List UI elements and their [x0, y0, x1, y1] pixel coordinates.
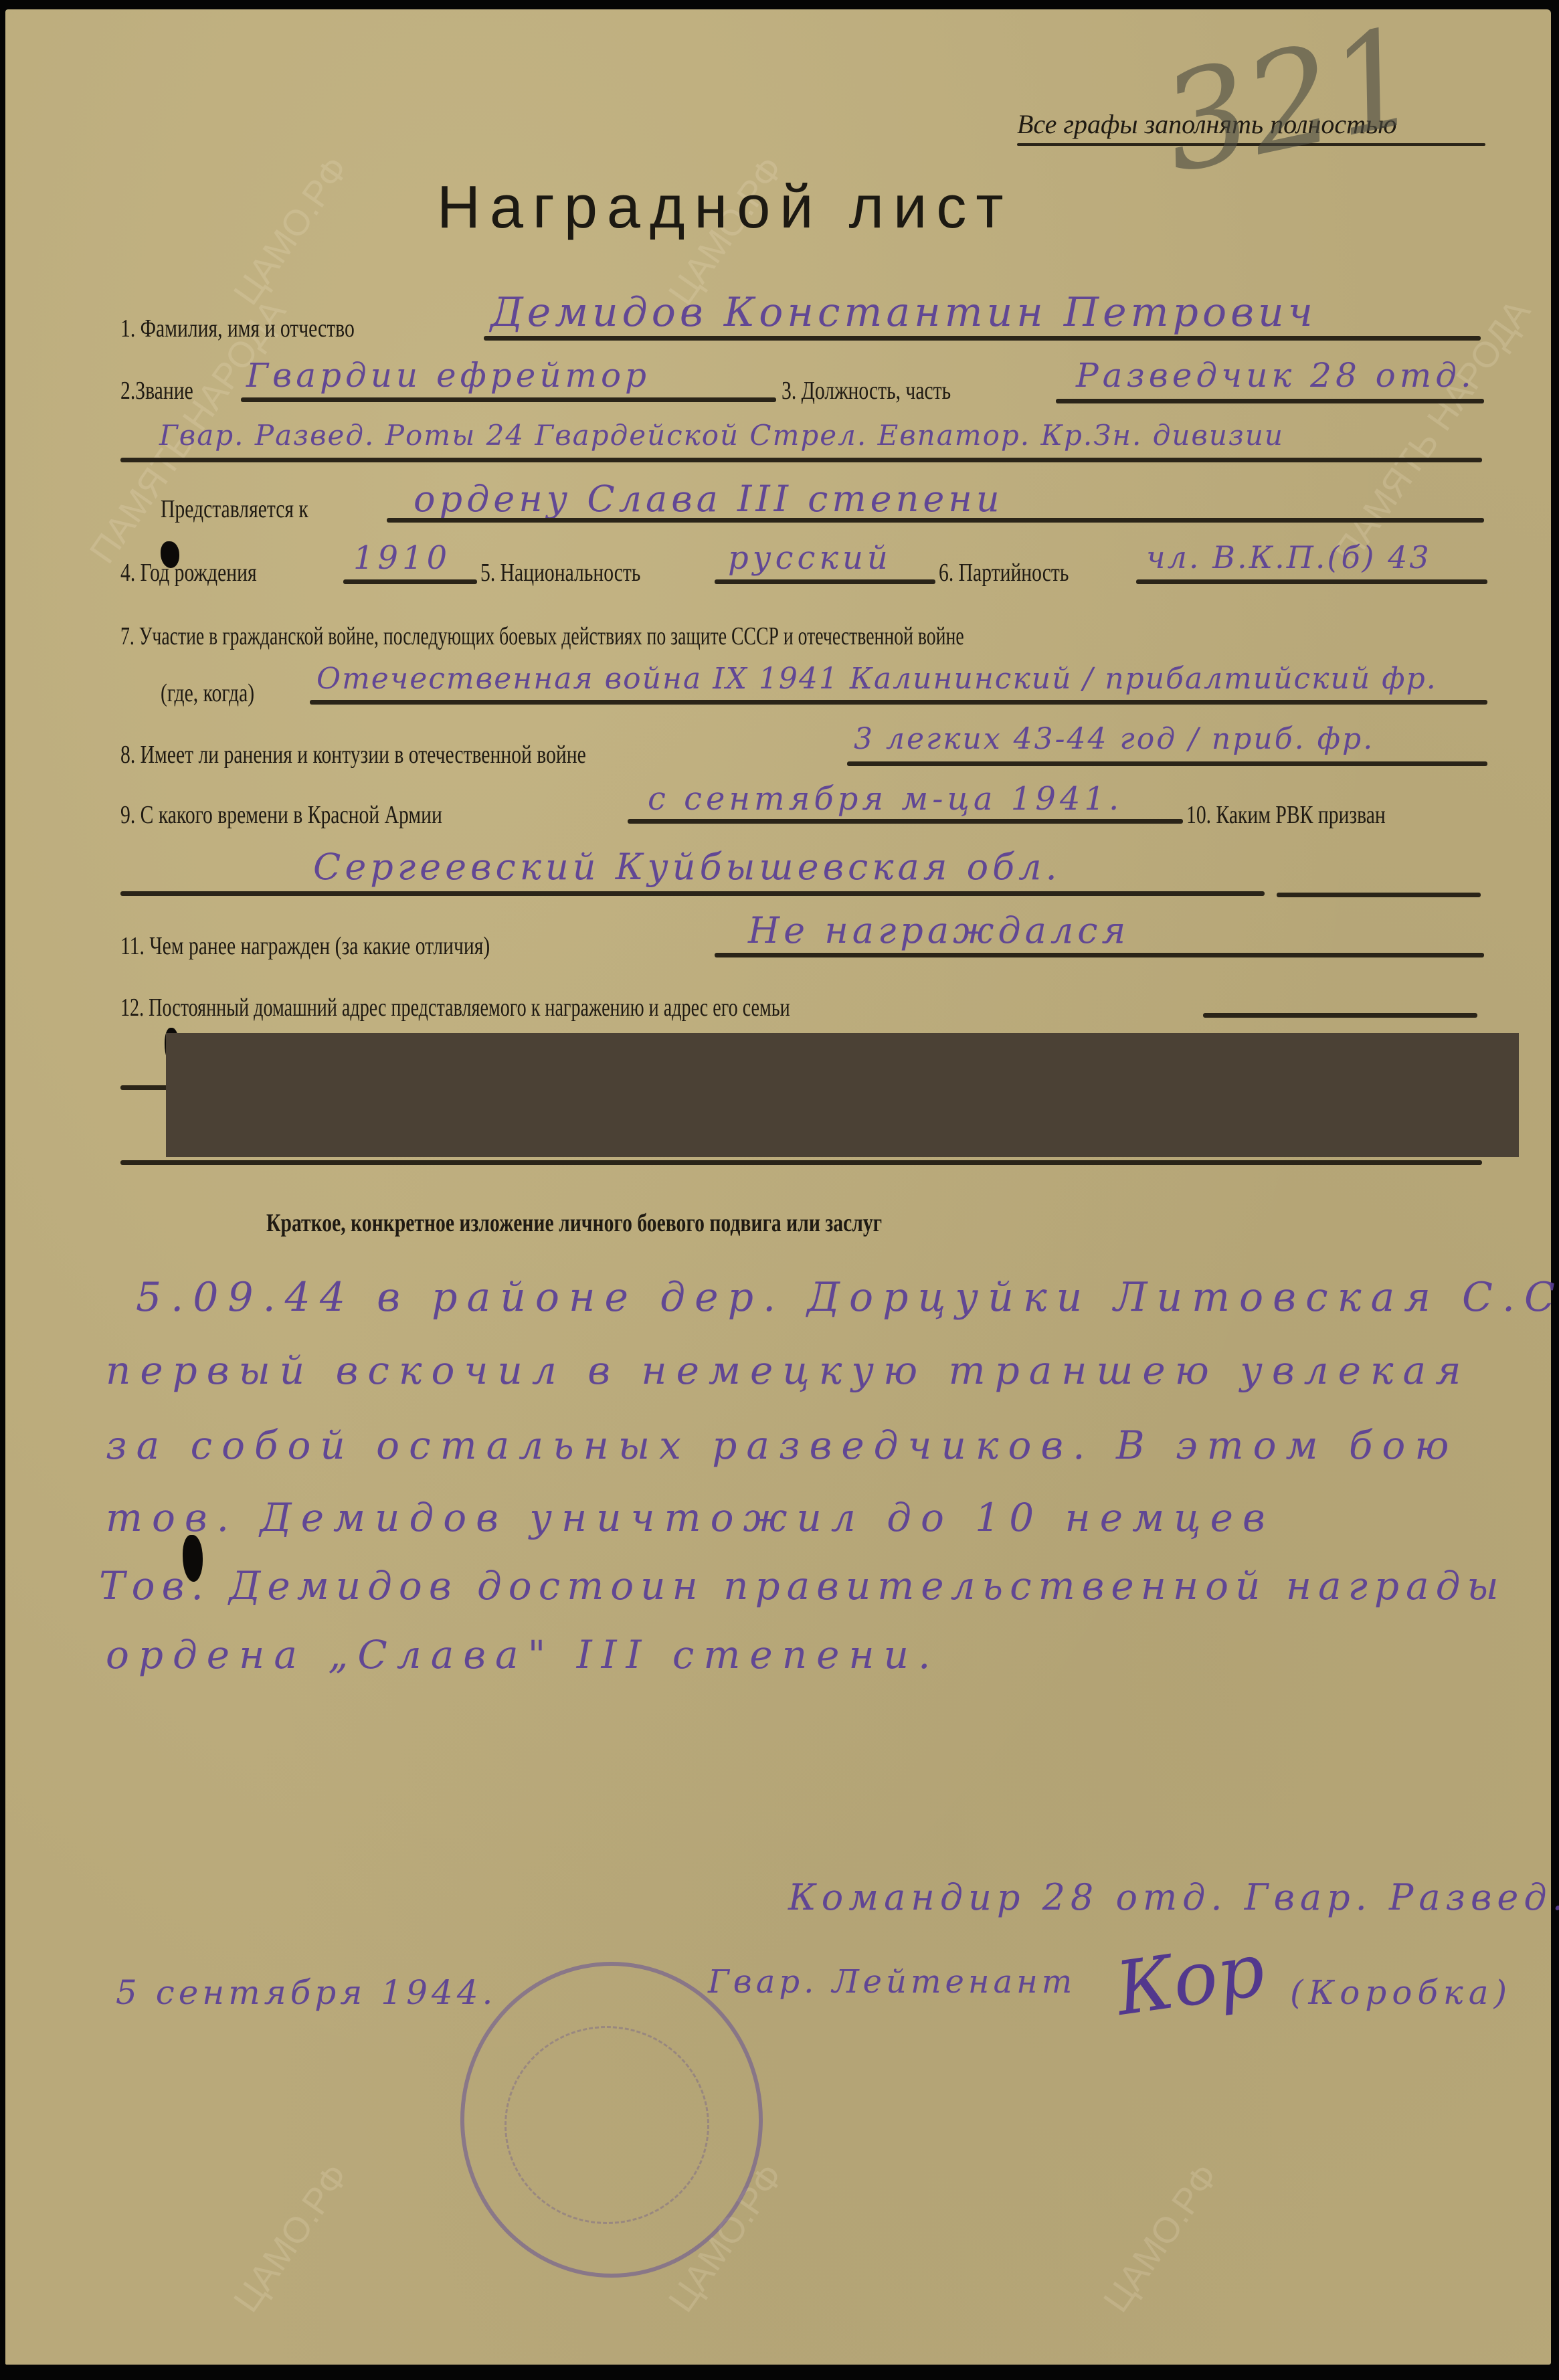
field-4-line	[343, 579, 477, 584]
field-8-value: 3 легких 43-44 год / приб. фр.	[854, 722, 1374, 756]
field-6-line	[1136, 579, 1487, 584]
field-3-line	[1056, 399, 1484, 403]
stamp-emblem	[505, 2026, 709, 2224]
field-1-label: 1. Фамилия, имя и отчество	[120, 314, 420, 343]
field-10-line	[120, 891, 1265, 896]
field-2-value: Гвардии ефрейтор	[246, 356, 650, 395]
presented-to-value: ордену Слава III степени	[414, 478, 1004, 520]
field-12-label: 12. Постоянный домашний адрес представля…	[120, 993, 1025, 1022]
field-5-value: русский	[728, 539, 892, 577]
field-9-line	[628, 819, 1183, 824]
archive-number-pencil: 321	[1150, 0, 1432, 203]
feat-line-5: Тов. Демидов достоин правительственной н…	[99, 1563, 1505, 1609]
field-10-label: 10. Каким РВК призван	[1186, 800, 1442, 830]
field-10-value: Сергеевский Куйбышевская обл.	[313, 846, 1061, 888]
field-7-sublabel: (где, когда)	[161, 678, 281, 708]
page-title: Наградной лист	[437, 173, 1013, 242]
field-11-line	[715, 953, 1484, 957]
field-6-value: чл. В.К.П.(б) 43	[1146, 539, 1431, 575]
field-1-line	[484, 336, 1481, 341]
field-3-label: 3. Должность, часть	[782, 376, 999, 405]
presented-to-line	[387, 518, 1484, 523]
field-1-value: Демидов Константин Петрович	[490, 289, 1317, 336]
feat-line-6: ордена „Слава" III степени.	[106, 1632, 939, 1677]
signature-commander-title: Командир 28 отд. Гвар. Развед. Роты	[788, 1876, 1559, 1918]
signature-name: (Коробка)	[1290, 1973, 1512, 2012]
field-2-line	[241, 397, 776, 402]
field-4-label: 4. Год рождения	[120, 558, 295, 587]
field-7-value: Отечественная война IX 1941 Калининский …	[316, 662, 1437, 696]
watermark: ЦАМО.РФ	[1095, 2157, 1227, 2320]
feat-line-4: тов. Демидов уничтожил до 10 немцев	[106, 1495, 1275, 1540]
field-7-label: 7. Участие в гражданской войне, последую…	[120, 622, 1276, 651]
field-11-value: Не награждался	[748, 909, 1129, 951]
field-3-line-2	[120, 458, 1482, 462]
field-10-line-2	[1277, 893, 1481, 897]
field-9-label: 9. С какого времени в Красной Армии	[120, 800, 533, 830]
field-4-value: 1910	[353, 539, 451, 577]
feat-line-2: первый вскочил в немецкую траншею увлека…	[106, 1348, 1471, 1393]
watermark: ПАМЯТЬ НАРОДА	[1326, 292, 1539, 571]
signature-date: 5 сентября 1944.	[116, 1973, 496, 2012]
field-3-value: Разведчик 28 отд.	[1076, 356, 1475, 395]
field-2-label: 2.Звание	[120, 376, 213, 405]
signature-rank: Гвар. Лейтенант	[708, 1963, 1076, 2001]
field-12-line-3	[120, 1160, 1482, 1165]
award-sheet-paper: ЦАМО.РФ ЦАМО.РФ ПАМЯТЬ НАРОДА ПАМЯТЬ НАР…	[5, 9, 1551, 2365]
watermark: ЦАМО.РФ	[225, 149, 357, 312]
field-5-line	[715, 579, 935, 584]
presented-to-label: Представляется к	[161, 494, 350, 524]
field-5-label: 5. Национальность	[480, 558, 686, 587]
field-9-value: с сентября м-ца 1941.	[648, 780, 1123, 818]
field-12-line	[1203, 1013, 1477, 1018]
feat-heading: Краткое, конкретное изложение личного бо…	[266, 1208, 1056, 1238]
official-stamp	[460, 1962, 763, 2278]
field-3-value-continued: Гвар. Развед. Роты 24 Гвардейской Стрел.…	[159, 419, 1284, 452]
field-6-label: 6. Партийность	[939, 558, 1105, 587]
field-11-label: 11. Чем ранее награжден (за какие отличи…	[120, 931, 594, 961]
redacted-address: [redacted]	[166, 1033, 1519, 1157]
signature-scribble: Кор	[1111, 1926, 1269, 2032]
field-7-line	[310, 700, 1487, 705]
field-8-label: 8. Имеет ли ранения и контузии в отечест…	[120, 740, 717, 769]
watermark: ЦАМО.РФ	[225, 2157, 357, 2320]
feat-line-1: 5.09.44 в районе дер. Дорцуйки Литовская…	[136, 1274, 1559, 1321]
field-8-line	[847, 761, 1487, 766]
feat-line-3: за собой остальных разведчиков. В этом б…	[106, 1423, 1458, 1468]
